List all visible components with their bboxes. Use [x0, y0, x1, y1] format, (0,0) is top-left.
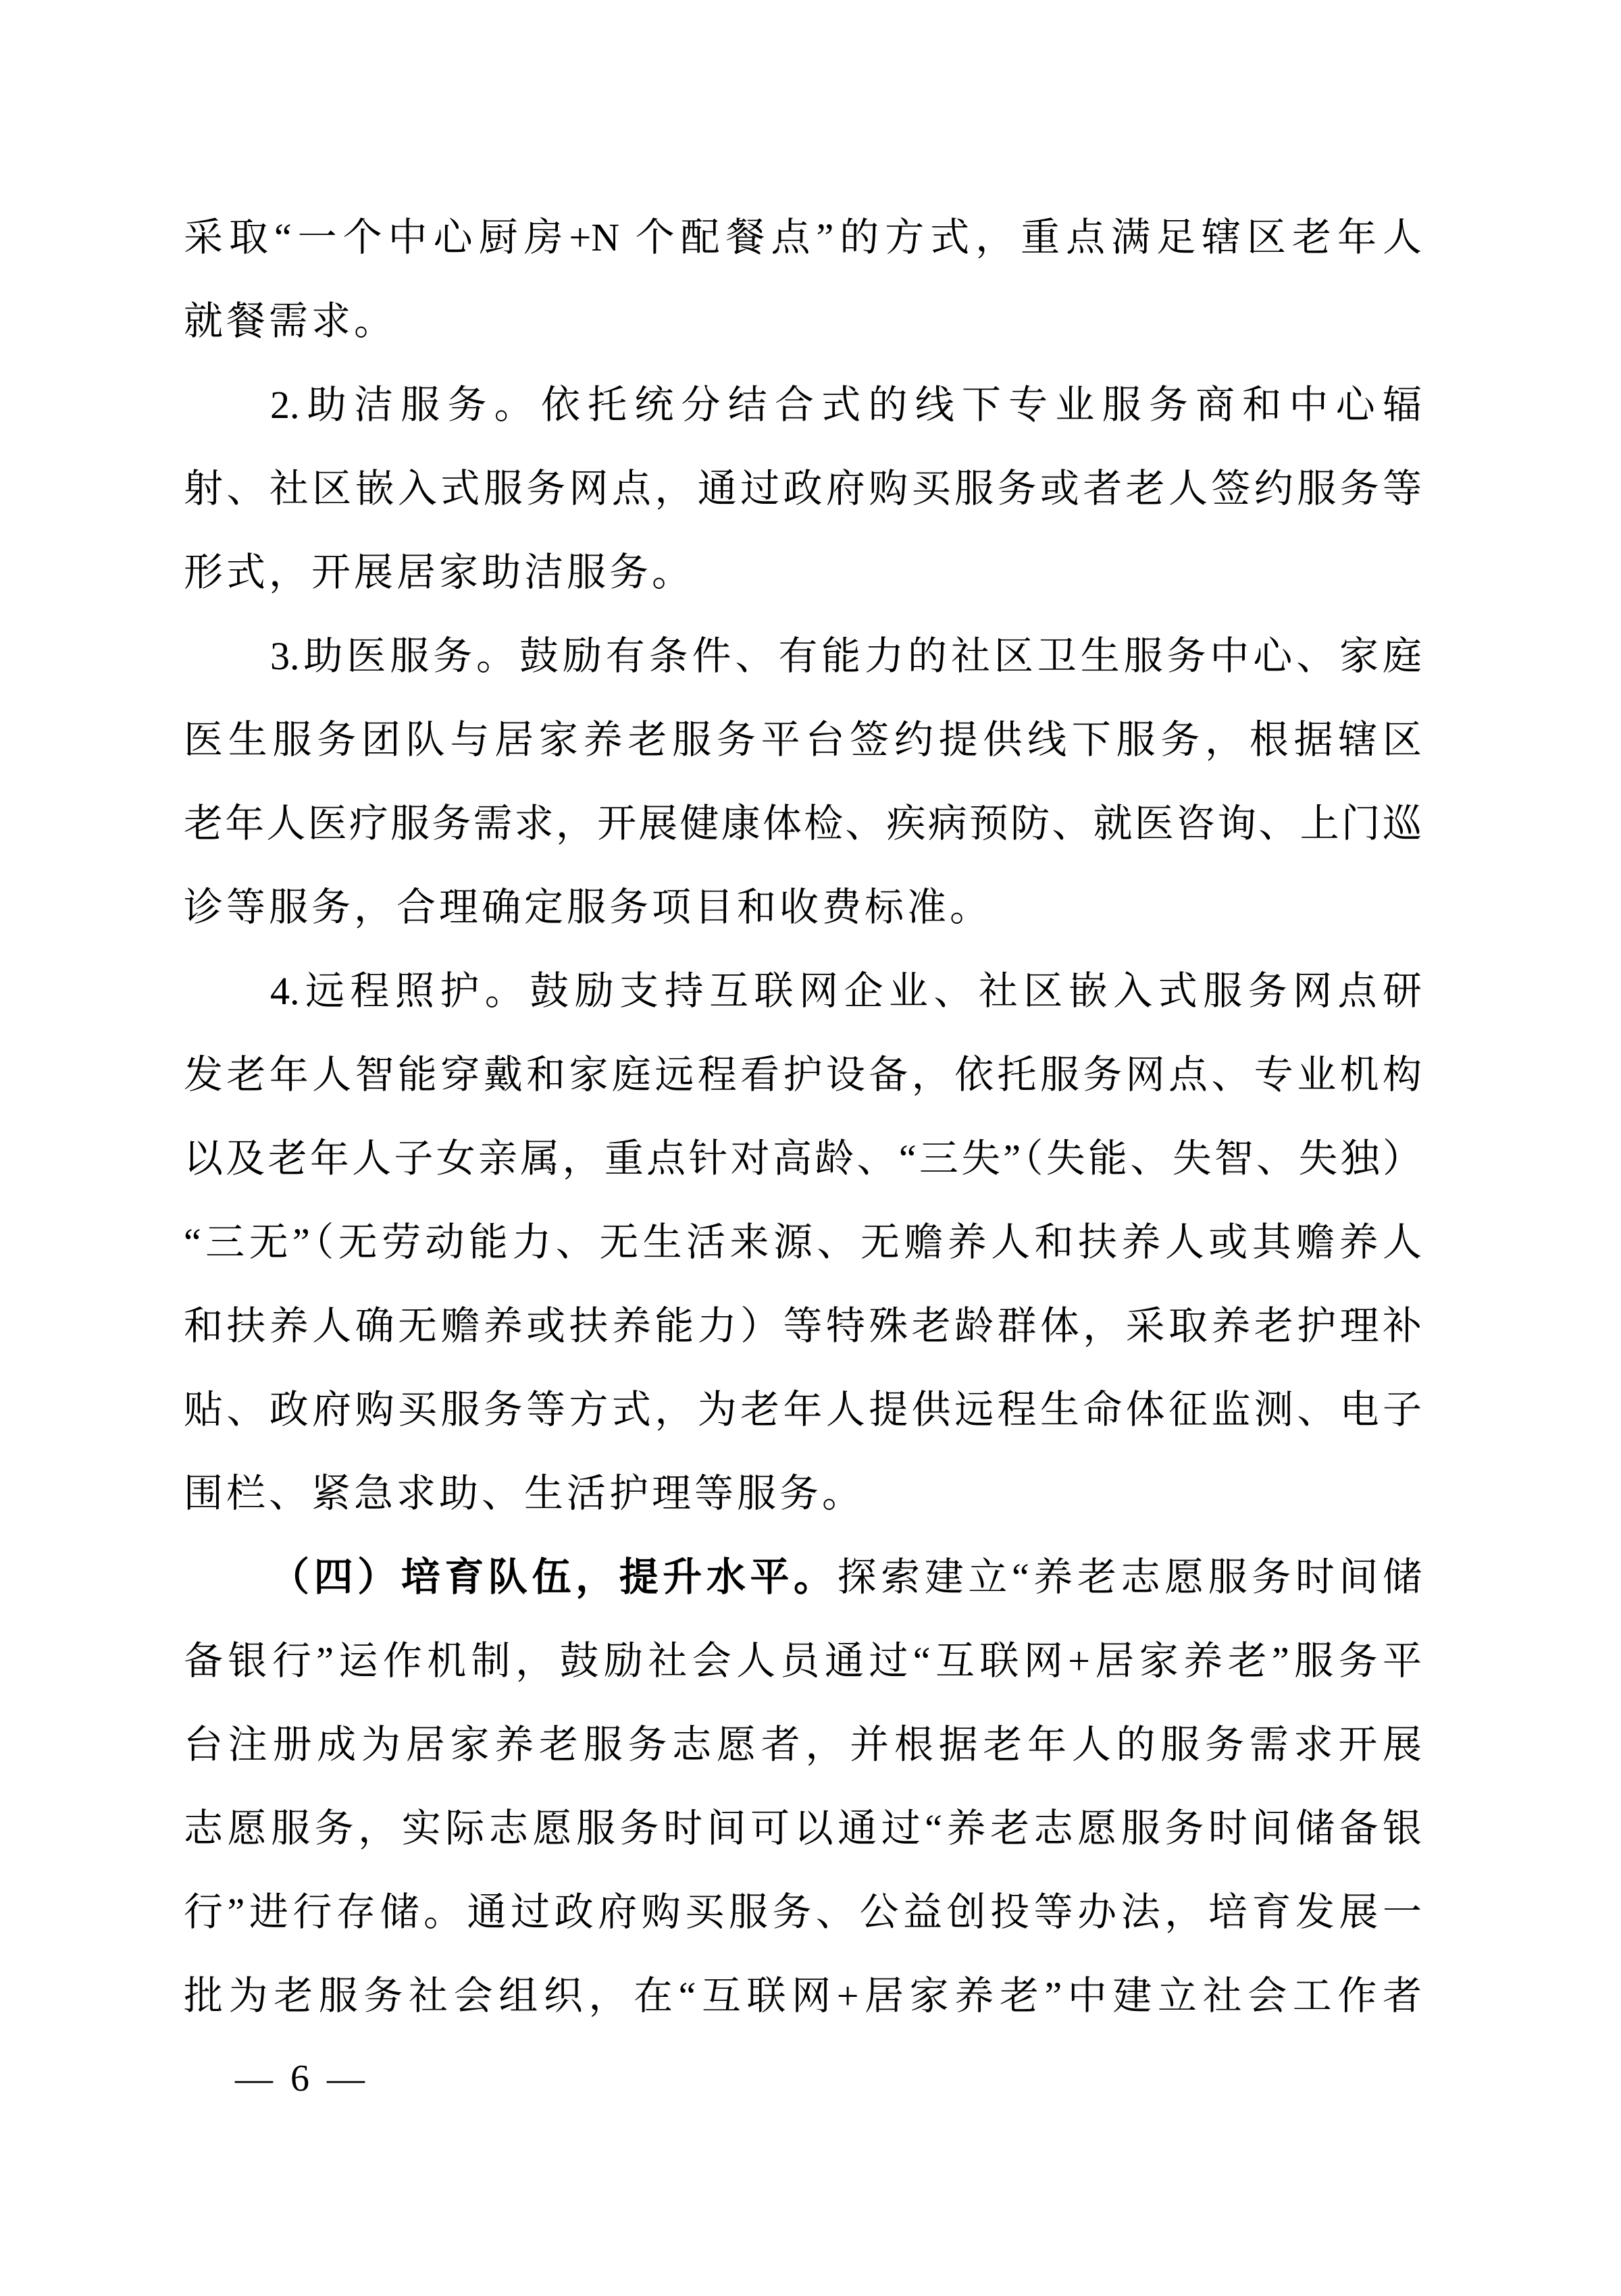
text-line: 批为老服务社会组织，在“互联网+居家养老”中建立社会工作者	[184, 1954, 1422, 2038]
text-line: 备银行”运作机制，鼓励社会人员通过“互联网+居家养老”服务平	[184, 1619, 1422, 1703]
text-line: 台注册成为居家养老服务志愿者，并根据老年人的服务需求开展	[184, 1703, 1422, 1787]
text-line: （四）培育队伍，提升水平。探索建立“养老志愿服务时间储	[184, 1536, 1422, 1619]
text-line: 老年人医疗服务需求，开展健康体检、疾病预防、就医咨询、上门巡	[184, 782, 1422, 866]
text-run: 行”进行存储。通过政府购买服务、公益创投等办法，培育发展一	[184, 1890, 1422, 1934]
text-block: 采取“一个中心厨房+N 个配餐点”的方式，重点满足辖区老年人就餐需求。2.助洁服…	[184, 196, 1422, 2038]
text-line: 贴、政府购买服务等方式，为老年人提供远程生命体征监测、电子	[184, 1368, 1422, 1452]
text-run: 发老年人智能穿戴和家庭远程看护设备，依托服务网点、专业机构	[184, 1053, 1422, 1097]
text-run: 探索建立“养老志愿服务时间储	[838, 1555, 1422, 1599]
document-screenshot: { "page": { "background": "#ffffff", "te…	[0, 0, 1621, 2296]
text-run: 医生服务团队与居家养老服务平台签约提供线下服务，根据辖区	[184, 718, 1422, 762]
text-run: 和扶养人确无赡养或扶养能力）等特殊老龄群体，采取养老护理补	[184, 1304, 1422, 1348]
text-line: “三无”（无劳动能力、无生活来源、无赡养人和扶养人或其赡养人	[184, 1201, 1422, 1284]
text-run: 3.助医服务。鼓励有条件、有能力的社区卫生服务中心、家庭	[270, 634, 1422, 678]
text-line: 3.助医服务。鼓励有条件、有能力的社区卫生服务中心、家庭	[184, 615, 1422, 698]
text-run: 射、社区嵌入式服务网点，通过政府购买服务或者老人签约服务等	[184, 467, 1422, 511]
text-line: 诊等服务，合理确定服务项目和收费标准。	[184, 866, 1422, 949]
text-line: 以及老年人子女亲属，重点针对高龄、“三失”（失能、失智、失独）	[184, 1117, 1422, 1201]
text-run: 4.远程照护。鼓励支持互联网企业、社区嵌入式服务网点研	[270, 969, 1422, 1013]
text-line: 围栏、紧急求助、生活护理等服务。	[184, 1452, 1422, 1536]
text-run: 就餐需求。	[184, 299, 396, 343]
text-run: 2.助洁服务。依托统分结合式的线下专业服务商和中心辐	[270, 383, 1422, 427]
text-line: 4.远程照护。鼓励支持互联网企业、社区嵌入式服务网点研	[184, 949, 1422, 1033]
text-line: 射、社区嵌入式服务网点，通过政府购买服务或者老人签约服务等	[184, 447, 1422, 531]
text-line: 和扶养人确无赡养或扶养能力）等特殊老龄群体，采取养老护理补	[184, 1284, 1422, 1368]
text-line: 就餐需求。	[184, 280, 1422, 363]
text-line: 志愿服务，实际志愿服务时间可以通过“养老志愿服务时间储备银	[184, 1787, 1422, 1871]
text-run: 以及老年人子女亲属，重点针对高龄、“三失”（失能、失智、失独）	[184, 1137, 1422, 1180]
text-line: 发老年人智能穿戴和家庭远程看护设备，依托服务网点、专业机构	[184, 1033, 1422, 1117]
text-run: 围栏、紧急求助、生活护理等服务。	[184, 1471, 865, 1515]
text-run: 贴、政府购买服务等方式，为老年人提供远程生命体征监测、电子	[184, 1388, 1422, 1432]
text-run: 形式，开展居家助洁服务。	[184, 550, 694, 594]
text-run: 备银行”运作机制，鼓励社会人员通过“互联网+居家养老”服务平	[184, 1639, 1422, 1683]
text-run: 诊等服务，合理确定服务项目和收费标准。	[184, 885, 992, 929]
section-heading: （四）培育队伍，提升水平。	[270, 1555, 838, 1599]
text-run: 批为老服务社会组织，在“互联网+居家养老”中建立社会工作者	[184, 1974, 1422, 2018]
page-number: — 6 —	[235, 2052, 369, 2106]
text-line: 2.助洁服务。依托统分结合式的线下专业服务商和中心辐	[184, 363, 1422, 447]
text-line: 形式，开展居家助洁服务。	[184, 531, 1422, 615]
text-run: “三无”（无劳动能力、无生活来源、无赡养人和扶养人或其赡养人	[184, 1220, 1422, 1264]
text-line: 行”进行存储。通过政府购买服务、公益创投等办法，培育发展一	[184, 1871, 1422, 1954]
text-run: 志愿服务，实际志愿服务时间可以通过“养老志愿服务时间储备银	[184, 1806, 1422, 1850]
text-run: 台注册成为居家养老服务志愿者，并根据老年人的服务需求开展	[184, 1723, 1422, 1767]
text-run: 老年人医疗服务需求，开展健康体检、疾病预防、就医咨询、上门巡	[184, 802, 1422, 845]
text-line: 医生服务团队与居家养老服务平台签约提供线下服务，根据辖区	[184, 698, 1422, 782]
text-run: 采取“一个中心厨房+N 个配餐点”的方式，重点满足辖区老年人	[184, 215, 1422, 259]
document-page: 采取“一个中心厨房+N 个配餐点”的方式，重点满足辖区老年人就餐需求。2.助洁服…	[0, 0, 1621, 2296]
text-line: 采取“一个中心厨房+N 个配餐点”的方式，重点满足辖区老年人	[184, 196, 1422, 280]
